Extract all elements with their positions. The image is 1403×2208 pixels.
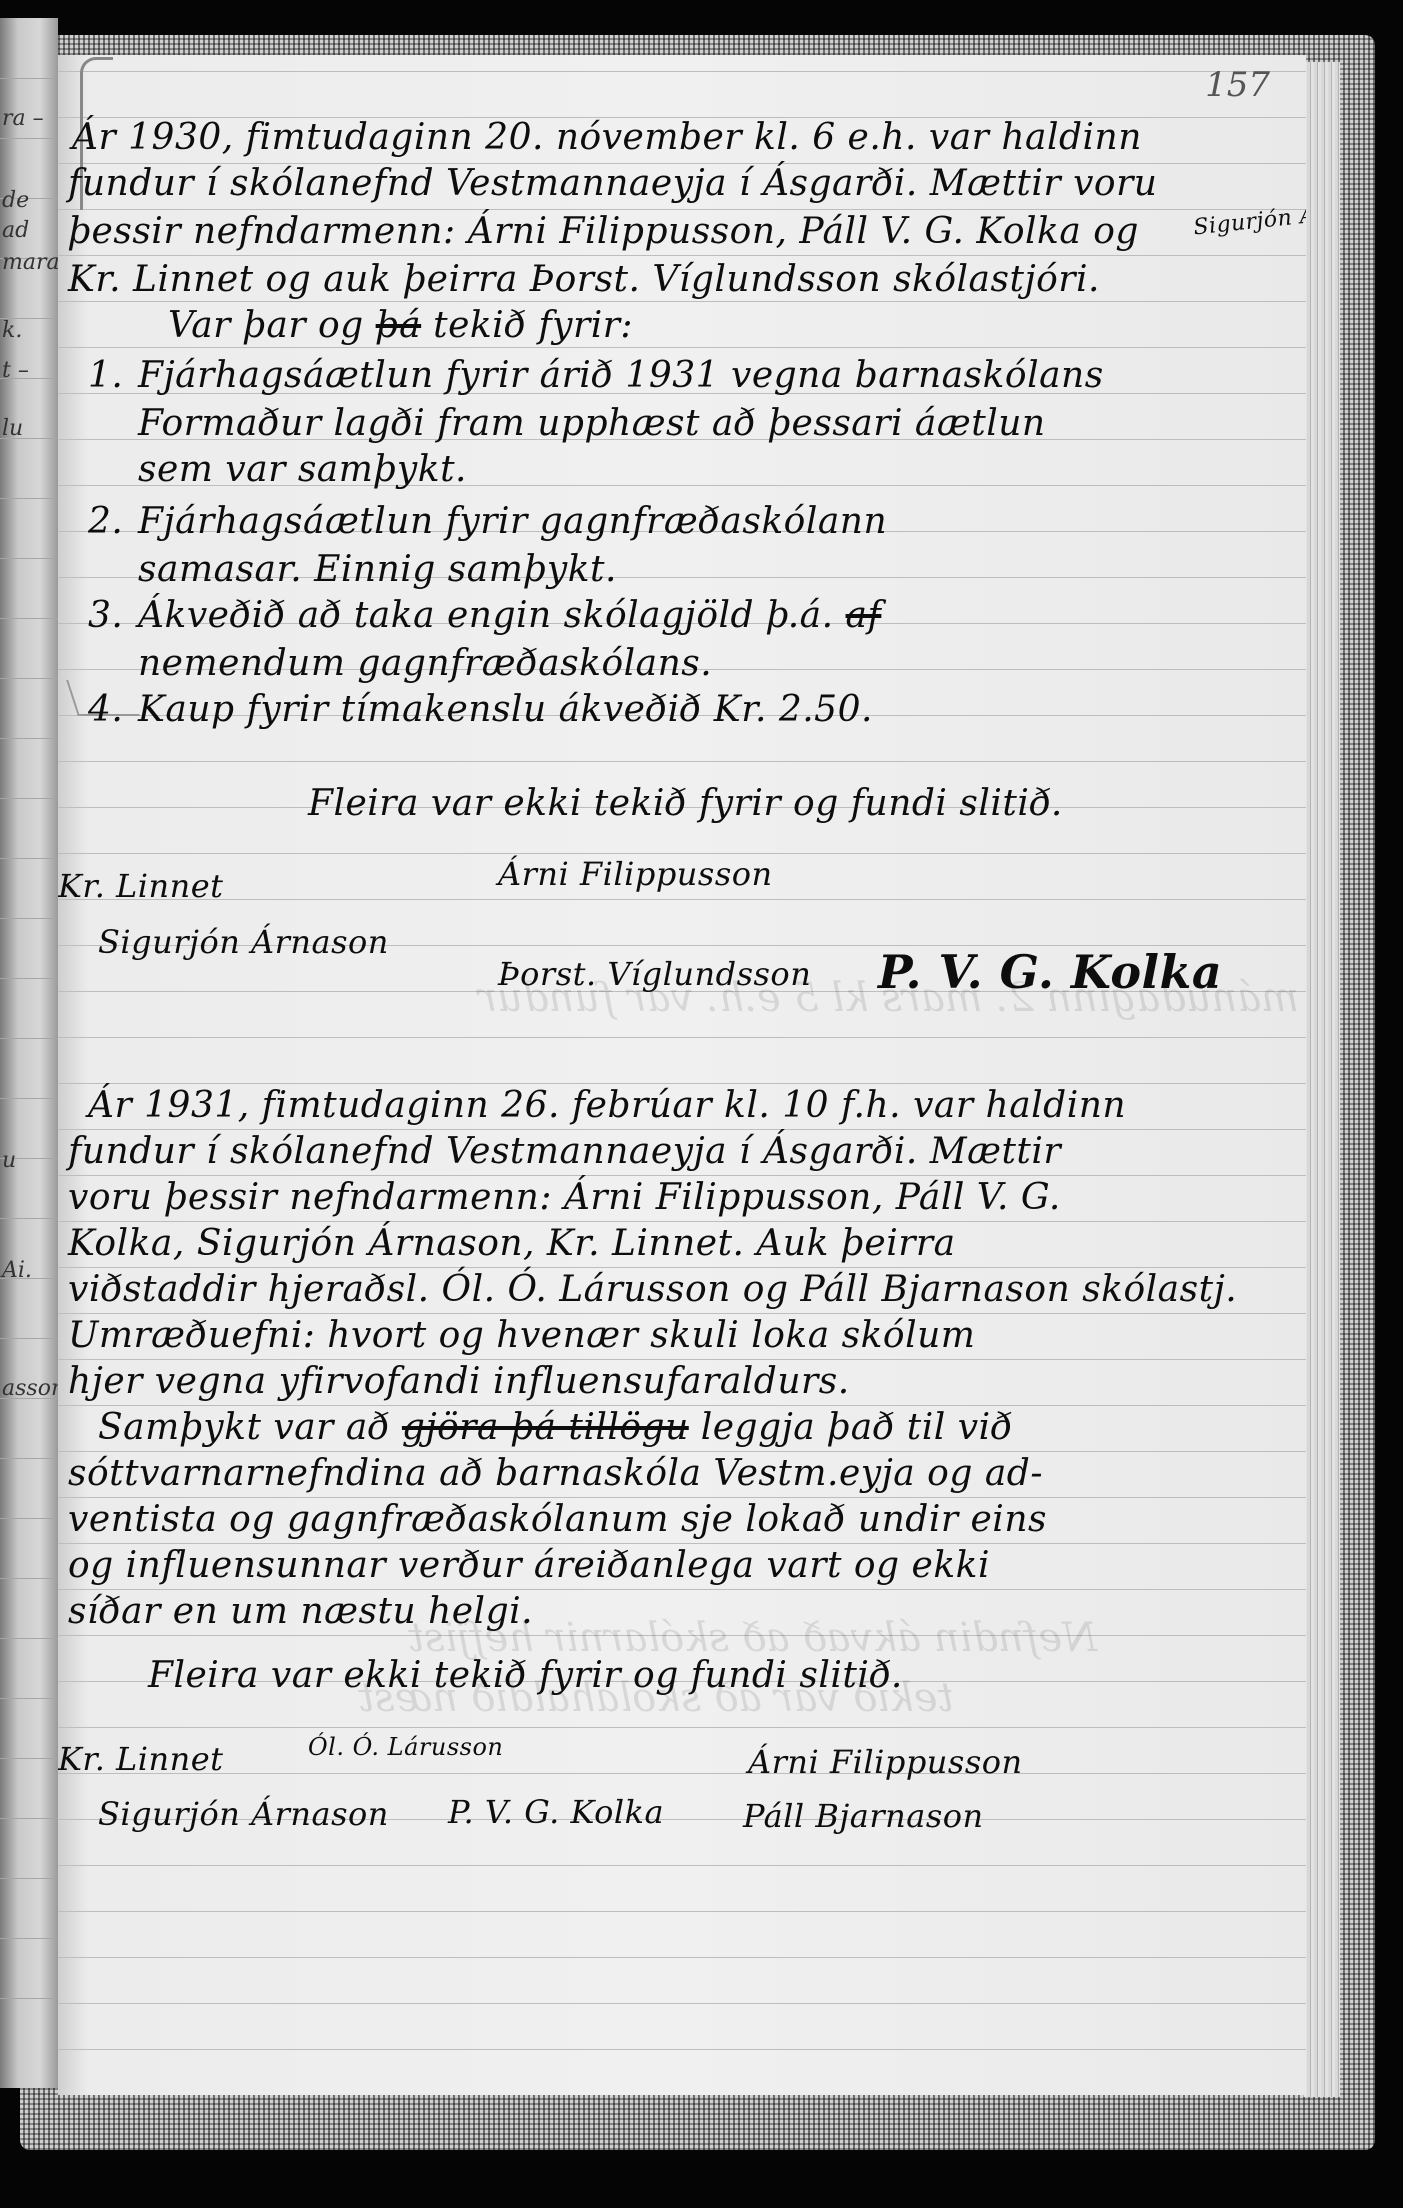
page-edges xyxy=(1300,62,1340,2097)
signature: Páll Bjarnason xyxy=(743,1797,984,1835)
entry1-line: fundur í skólanefnd Vestmannaeyja í Ásga… xyxy=(68,163,1157,204)
margin-fragment: lu xyxy=(2,416,23,441)
entry2-line: voru þessir nefndarmenn: Árni Filippusso… xyxy=(68,1177,1061,1218)
signature: Kr. Linnet xyxy=(58,1740,224,1778)
margin-fragment: ra – xyxy=(2,106,44,131)
item-line: samasar. Einnig samþykt. xyxy=(138,549,617,590)
entry1-intro: Var þar og þá tekið fyrir: xyxy=(168,305,633,346)
page-number: 157 xyxy=(1205,65,1270,105)
item-line: sem var samþykt. xyxy=(138,449,467,490)
signature: Sigurjón Árnason xyxy=(98,1795,389,1833)
signature: Þorst. Víglundsson xyxy=(498,955,811,993)
item-line: Ákveðið að taka engin skólagjöld þ.á. af xyxy=(138,595,881,636)
signature: P. V. G. Kolka xyxy=(878,945,1222,999)
item-line: Fjárhagsáætlun fyrir gagnfræðaskólann xyxy=(138,501,887,542)
signature: Sigurjón Árnason xyxy=(98,923,389,961)
item-line: Kaup fyrir tímakenslu ákveðið Kr. 2.50. xyxy=(138,689,873,730)
entry2-line: viðstaddir hjeraðsl. Ól. Ó. Lárusson og … xyxy=(68,1269,1237,1310)
struck-word: af xyxy=(846,595,882,636)
signature: Árni Filippusson xyxy=(748,1743,1023,1781)
margin-fragment: mara xyxy=(2,250,58,275)
entry1-line: Kr. Linnet og auk þeirra Þorst. Víglunds… xyxy=(68,259,1100,300)
item-number: 3. xyxy=(88,595,123,636)
item-number: 1. xyxy=(88,355,123,396)
resolution-line: Samþykt var að gjöra þá tillögu leggja þ… xyxy=(98,1407,1013,1448)
signature: Árni Filippusson xyxy=(498,855,773,893)
margin-fragment: ad xyxy=(2,218,29,243)
item-number: 4. xyxy=(88,689,123,730)
item-number: 2. xyxy=(88,501,123,542)
entry2-closing: Fleira var ekki tekið fyrir og fundi sli… xyxy=(148,1655,903,1696)
signature: Kr. Linnet xyxy=(58,867,224,905)
margin-fragment: asson xyxy=(2,1376,58,1401)
item-line: nemendum gagnfræðaskólans. xyxy=(138,643,712,684)
entry1-line: þessir nefndarmenn: Árni Filippusson, Pá… xyxy=(68,211,1139,252)
resolution-line: ventista og gagnfræðaskólanum sje lokað … xyxy=(68,1499,1047,1540)
entry1-closing: Fleira var ekki tekið fyrir og fundi sli… xyxy=(308,783,1063,824)
resolution-line: síðar en um næstu helgi. xyxy=(68,1591,533,1632)
margin-fragment: t – xyxy=(2,358,29,383)
signature: Ól. Ó. Lárusson xyxy=(308,1733,503,1761)
entry2-line: Ár 1931, fimtudaginn 26. febrúar kl. 10 … xyxy=(88,1085,1126,1126)
resolution-line: og influensunnar verður áreiðanlega vart… xyxy=(68,1545,990,1586)
resolution-line: sóttvarnarnefndina að barnaskóla Vestm.e… xyxy=(68,1453,1043,1494)
manuscript-page: Ár 1931 mánudaginn 2. mars kl 5 e.h. var… xyxy=(58,55,1306,2095)
entry2-line: Umræðuefni: hvort og hvenær skuli loka s… xyxy=(68,1315,975,1356)
margin-fragment: u xyxy=(2,1148,16,1173)
previous-page-edge: ra – de ad mara k. t – lu u Ai. asson xyxy=(0,18,58,2088)
signature: P. V. G. Kolka xyxy=(448,1793,664,1831)
entry2-line: Kolka, Sigurjón Árnason, Kr. Linnet. Auk… xyxy=(68,1223,956,1264)
margin-fragment: Ai. xyxy=(2,1258,32,1283)
margin-fragment: de xyxy=(2,188,29,213)
entry1-line: Ár 1930, fimtudaginn 20. nóvember kl. 6 … xyxy=(72,117,1142,158)
struck-word: þá xyxy=(376,305,422,346)
entry2-line: hjer vegna yfirvofandi influensufaraldur… xyxy=(68,1361,850,1402)
margin-fragment: k. xyxy=(2,318,22,343)
item-line: Fjárhagsáætlun fyrir árið 1931 vegna bar… xyxy=(138,355,1104,396)
item-line: Formaður lagði fram upphæst að þessari á… xyxy=(138,403,1046,444)
struck-phrase: gjöra þá tillögu xyxy=(402,1407,689,1448)
entry2-line: fundur í skólanefnd Vestmannaeyja í Ásga… xyxy=(68,1131,1061,1172)
entry1-insertion: Sigurjón Árnason xyxy=(1192,194,1306,240)
